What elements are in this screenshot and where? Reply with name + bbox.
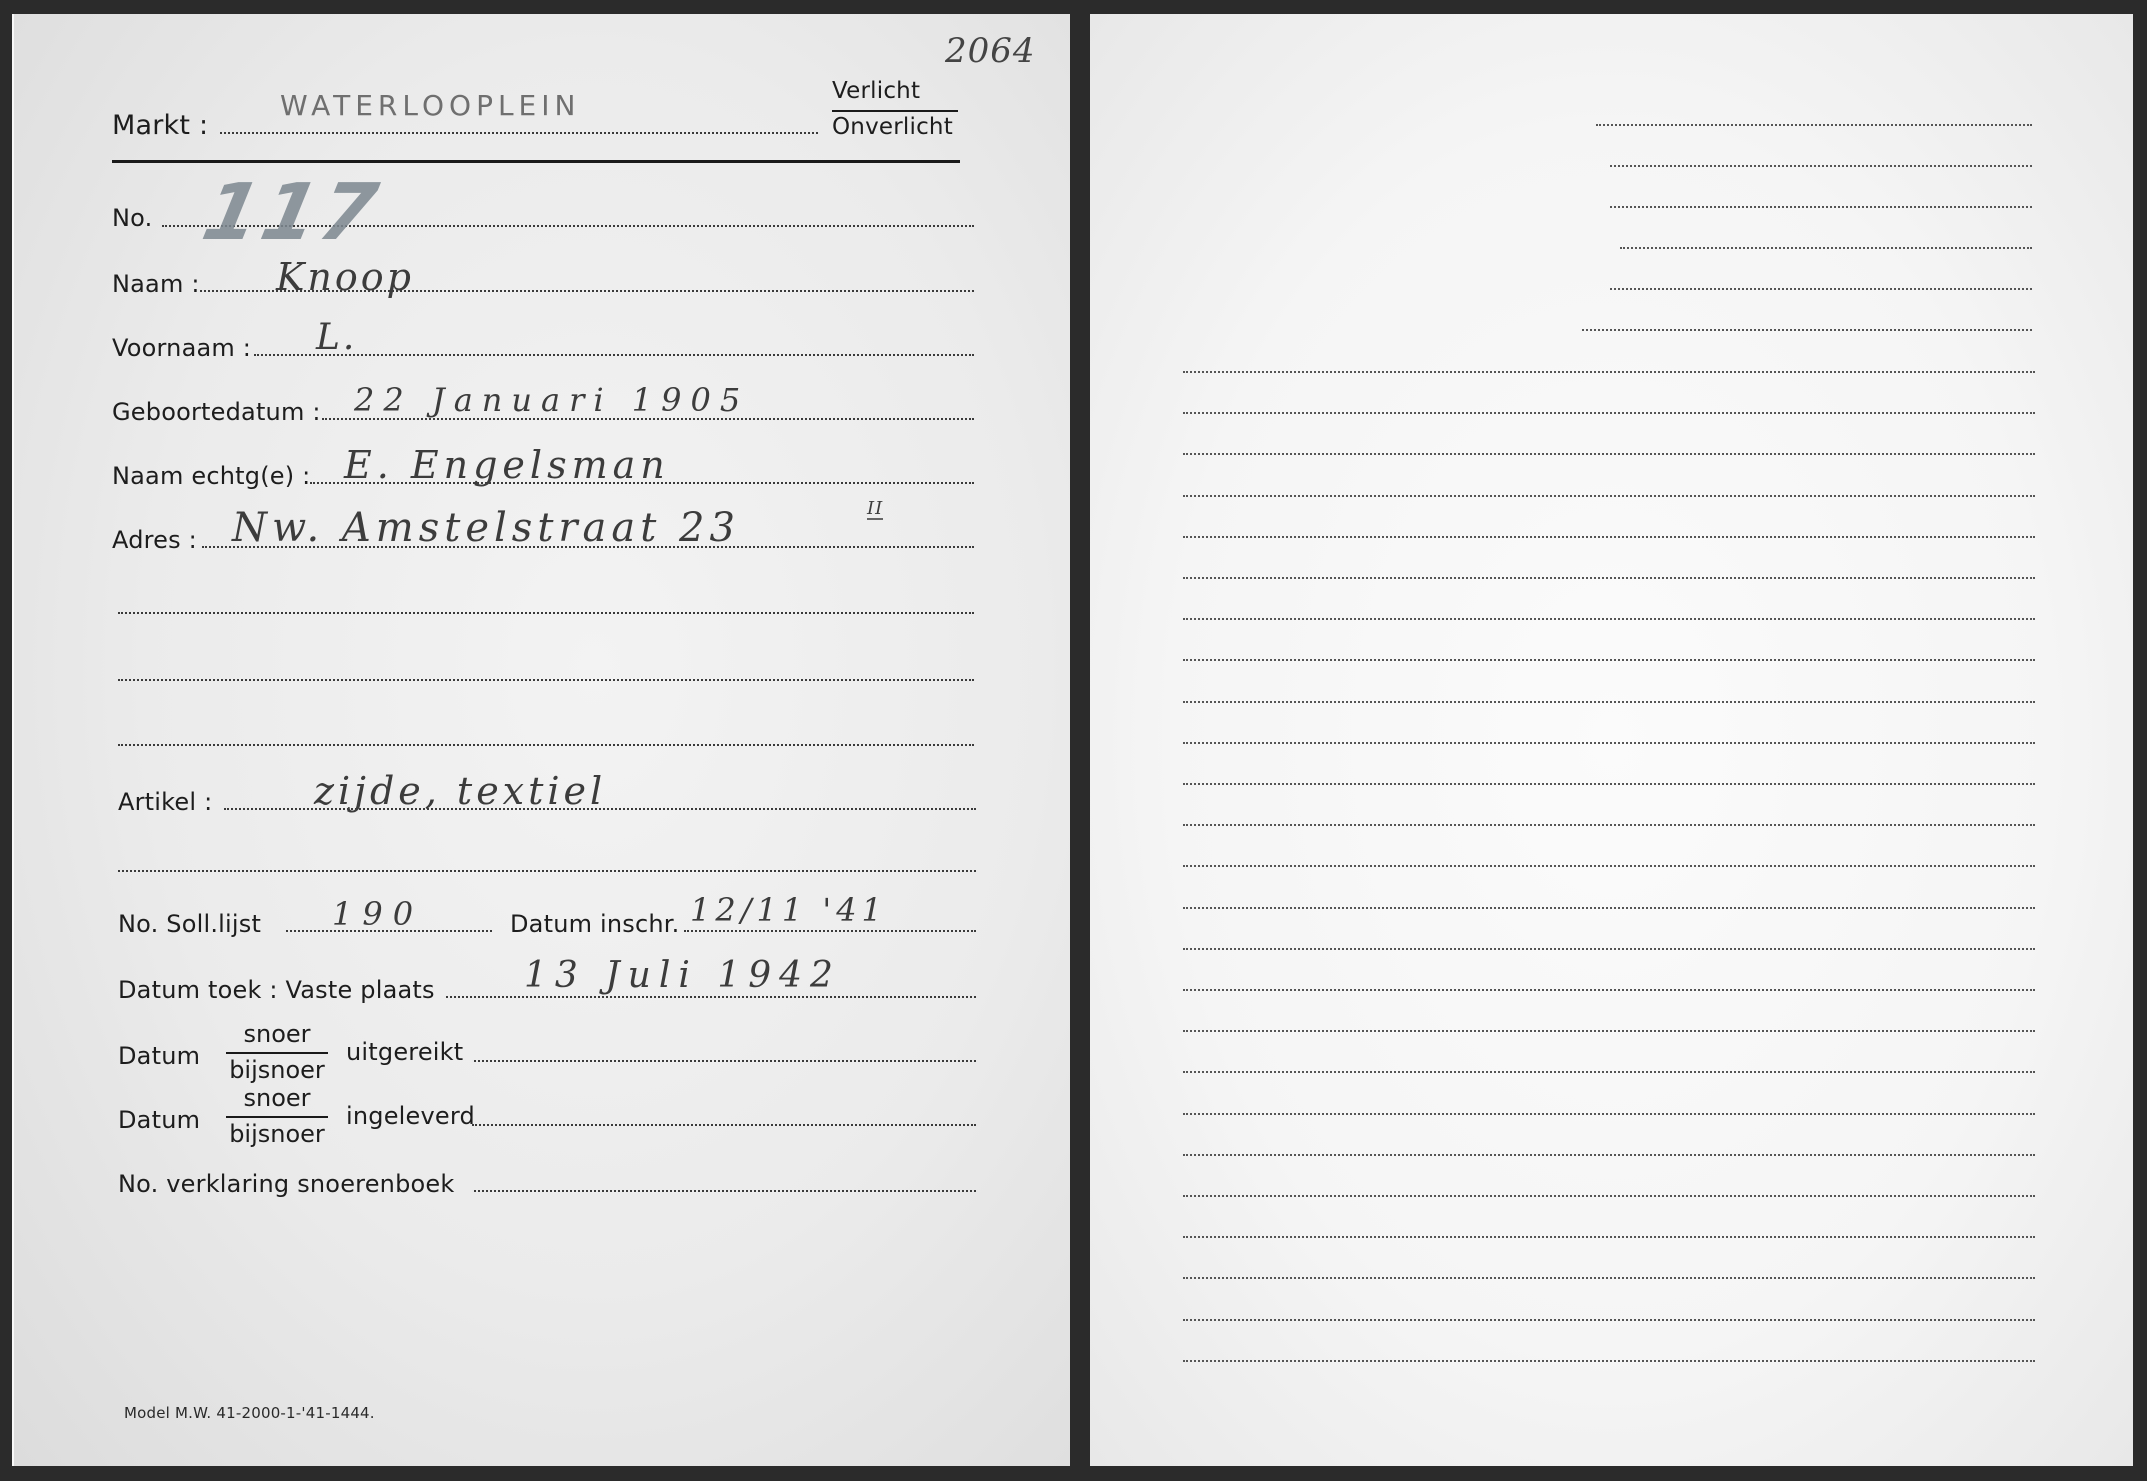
back-body-line xyxy=(1183,742,2035,744)
back-body-line xyxy=(1183,1154,2035,1156)
back-body-line xyxy=(1183,1319,2035,1321)
back-body-line xyxy=(1183,659,2035,661)
back-body-line xyxy=(1183,577,2035,579)
naam-value: Knoop xyxy=(276,258,414,296)
back-body-line xyxy=(1183,1195,2035,1197)
back-body-line xyxy=(1183,618,2035,620)
voornaam-label: Voornaam : xyxy=(112,336,251,360)
snoer-uitgereikt-prefix: Datum xyxy=(118,1044,200,1068)
back-body-line xyxy=(1183,783,2035,785)
markt-line xyxy=(220,132,818,134)
datum-toek-value: 13 Juli 1942 xyxy=(524,958,841,994)
registration-card-back xyxy=(1090,14,2133,1466)
back-body-line xyxy=(1183,907,2035,909)
snoer-uitgereikt-fraction: snoer bijsnoer xyxy=(226,1022,328,1082)
geboortedatum-value: 22 Januari 1905 xyxy=(354,384,749,416)
snoer-ingeleverd-fraction: snoer bijsnoer xyxy=(226,1086,328,1146)
registration-card-front: 2064 Markt : WATERLOOPLEIN Verlicht Onve… xyxy=(12,14,1070,1466)
model-number: Model M.W. 41-2000-1-'41-1444. xyxy=(124,1406,375,1421)
datum-toek-line xyxy=(446,996,976,998)
voornaam-line xyxy=(254,354,974,356)
no-label: No. xyxy=(112,206,152,230)
naam-echtgenote-value: E. Engelsman xyxy=(344,446,670,484)
archive-number: 2064 xyxy=(945,34,1036,68)
back-header-line xyxy=(1610,165,2032,167)
fraction-bottom: bijsnoer xyxy=(226,1122,328,1146)
adres-value: Nw. Amstelstraat 23 xyxy=(232,508,740,548)
back-header-line xyxy=(1620,247,2032,249)
back-header-line xyxy=(1596,124,2032,126)
verklaring-label: No. verklaring snoerenboek xyxy=(118,1172,454,1196)
back-body-line xyxy=(1183,1113,2035,1115)
header-rule xyxy=(112,160,960,163)
artikel-extra-line xyxy=(118,870,976,872)
back-body-line xyxy=(1183,453,2035,455)
markt-label: Markt : xyxy=(112,112,208,139)
back-body-line xyxy=(1183,495,2035,497)
adres-label: Adres : xyxy=(112,528,197,552)
fraction-bottom: bijsnoer xyxy=(226,1058,328,1082)
back-body-line xyxy=(1183,1071,2035,1073)
datum-inschr-line xyxy=(684,930,976,932)
back-body-line xyxy=(1183,536,2035,538)
snoer-ingeleverd-prefix: Datum xyxy=(118,1108,200,1132)
back-header-line xyxy=(1610,288,2032,290)
naam-label: Naam : xyxy=(112,272,200,296)
datum-inschr-value: 12/11 '41 xyxy=(690,894,887,926)
adres-floor: II xyxy=(867,500,883,520)
no-value: 117 xyxy=(188,174,394,252)
fraction-top: snoer xyxy=(226,1022,328,1046)
lighting-divider xyxy=(832,110,958,112)
back-body-line xyxy=(1183,371,2035,373)
back-body-line xyxy=(1183,1236,2035,1238)
no-soll-lijst-value: 190 xyxy=(332,898,423,930)
naam-echtgenote-label: Naam echtg(e) : xyxy=(112,464,310,488)
back-body-line xyxy=(1183,701,2035,703)
fraction-top: snoer xyxy=(226,1086,328,1110)
verklaring-line xyxy=(474,1190,976,1192)
back-body-line xyxy=(1183,412,2035,414)
back-body-line xyxy=(1183,865,2035,867)
back-body-line xyxy=(1183,948,2035,950)
adres-extra-line-1 xyxy=(118,612,974,614)
markt-value-stamp: WATERLOOPLEIN xyxy=(280,92,580,120)
back-body-line xyxy=(1183,989,2035,991)
onverlicht-option: Onverlicht xyxy=(832,116,953,139)
adres-extra-line-2 xyxy=(118,679,974,681)
back-body-line xyxy=(1183,1277,2035,1279)
no-soll-lijst-label: No. Soll.lijst xyxy=(118,912,261,936)
datum-inschr-label: Datum inschr. xyxy=(510,912,680,936)
back-body-line xyxy=(1183,824,2035,826)
voornaam-value: L. xyxy=(316,320,357,356)
artikel-value: zijde, textiel xyxy=(314,772,606,810)
fraction-bar xyxy=(226,1052,328,1054)
back-header-line xyxy=(1582,329,2032,331)
adres-extra-line-3 xyxy=(118,744,974,746)
verlicht-option: Verlicht xyxy=(832,80,920,103)
geboortedatum-label: Geboortedatum : xyxy=(112,400,321,424)
artikel-label: Artikel : xyxy=(118,790,212,814)
back-body-line xyxy=(1183,1360,2035,1362)
snoer-ingeleverd-line xyxy=(472,1124,976,1126)
snoer-uitgereikt-line xyxy=(474,1060,976,1062)
snoer-ingeleverd-suffix: ingeleverd xyxy=(346,1104,475,1128)
fraction-bar xyxy=(226,1116,328,1118)
back-header-line xyxy=(1610,206,2032,208)
snoer-uitgereikt-suffix: uitgereikt xyxy=(346,1040,463,1064)
datum-toek-label: Datum toek : Vaste plaats xyxy=(118,978,435,1002)
back-body-line xyxy=(1183,1030,2035,1032)
